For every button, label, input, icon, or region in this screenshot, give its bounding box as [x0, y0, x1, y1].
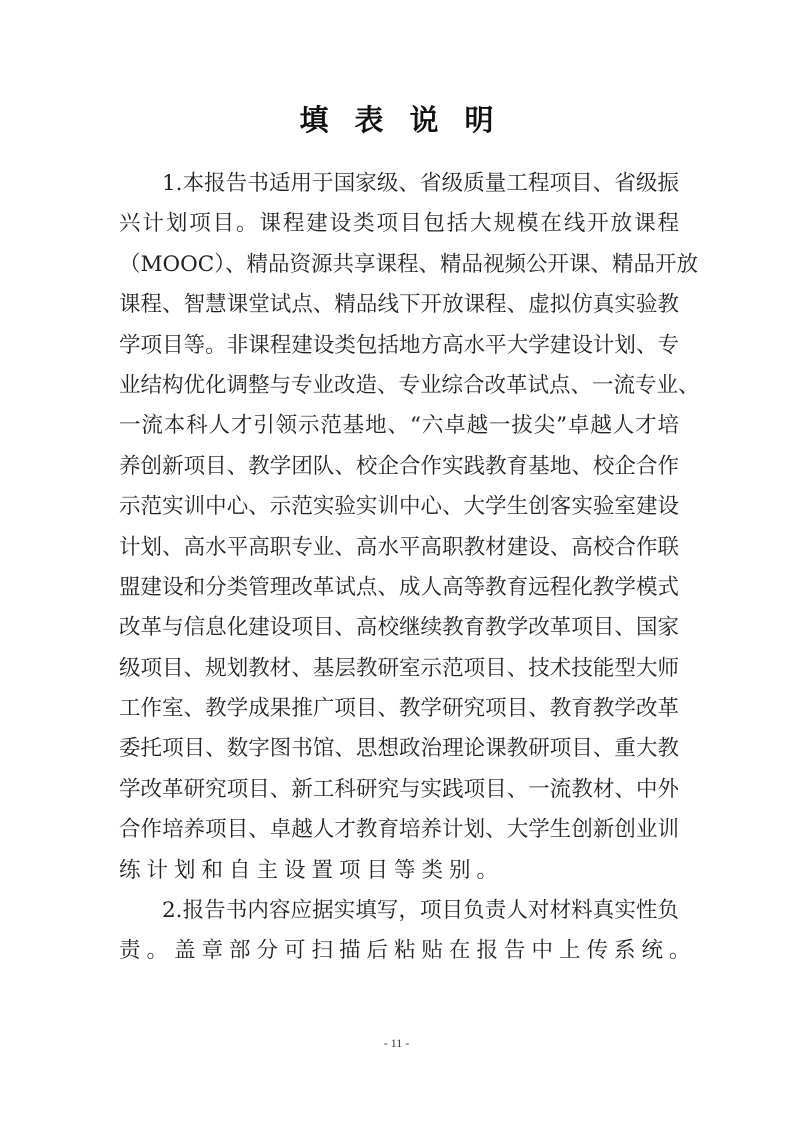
text-line: 学改革研究项目、新工科研究与实践项目、一流教材、中外: [119, 770, 679, 810]
text-line: 2.报告书内容应据实填写，项目负责人对材料真实性负: [119, 891, 679, 931]
page-title: 填表说明: [0, 98, 793, 139]
text-line: 课程、智慧课堂试点、精品线下开放课程、虚拟仿真实验教: [119, 285, 679, 325]
text-line: 改革与信息化建设项目、高校继续教育教学改革项目、国家: [119, 608, 679, 648]
text-line: 级项目、规划教材、基层教研室示范项目、技术技能型大师: [119, 649, 679, 689]
text-line: 合作培养项目、卓越人才教育培养计划、大学生创新创业训: [119, 810, 679, 850]
paragraph-2: 2.报告书内容应据实填写，项目负责人对材料真实性负 责。盖章部分可扫描后粘贴在报…: [119, 891, 679, 972]
text-line: 学项目等。非课程建设类包括地方高水平大学建设计划、专: [119, 326, 679, 366]
text-line: 计划、高水平高职专业、高水平高职教材建设、高校合作联: [119, 528, 679, 568]
paragraph-1: 1.本报告书适用于国家级、省级质量工程项目、省级振 兴计划项目。课程建设类项目包…: [119, 164, 679, 891]
text-line: （MOOC）、精品资源共享课程、精品视频公开课、精品开放: [119, 245, 679, 285]
text-line: 责。盖章部分可扫描后粘贴在报告中上传系统。: [119, 931, 679, 971]
text-line: 兴计划项目。课程建设类项目包括大规模在线开放课程: [119, 204, 679, 244]
text-line: 一流本科人才引领示范基地、“六卓越一拔尖”卓越人才培: [119, 406, 679, 446]
text-line: 养创新项目、教学团队、校企合作实践教育基地、校企合作: [119, 447, 679, 487]
instructions-body: 1.本报告书适用于国家级、省级质量工程项目、省级振 兴计划项目。课程建设类项目包…: [119, 164, 679, 972]
page-number: - 11 -: [0, 1036, 793, 1051]
text-line: 盟建设和分类管理改革试点、成人高等教育远程化教学模式: [119, 568, 679, 608]
text-line: 委托项目、数字图书馆、思想政治理论课教研项目、重大教: [119, 729, 679, 769]
text-line: 示范实训中心、示范实验实训中心、大学生创客实验室建设: [119, 487, 679, 527]
text-line: 练计划和自主设置项目等类别。: [119, 851, 679, 891]
text-line: 业结构优化调整与专业改造、专业综合改革试点、一流专业、: [119, 366, 679, 406]
text-line: 1.本报告书适用于国家级、省级质量工程项目、省级振: [119, 164, 679, 204]
text-line: 工作室、教学成果推广项目、教学研究项目、教育教学改革: [119, 689, 679, 729]
